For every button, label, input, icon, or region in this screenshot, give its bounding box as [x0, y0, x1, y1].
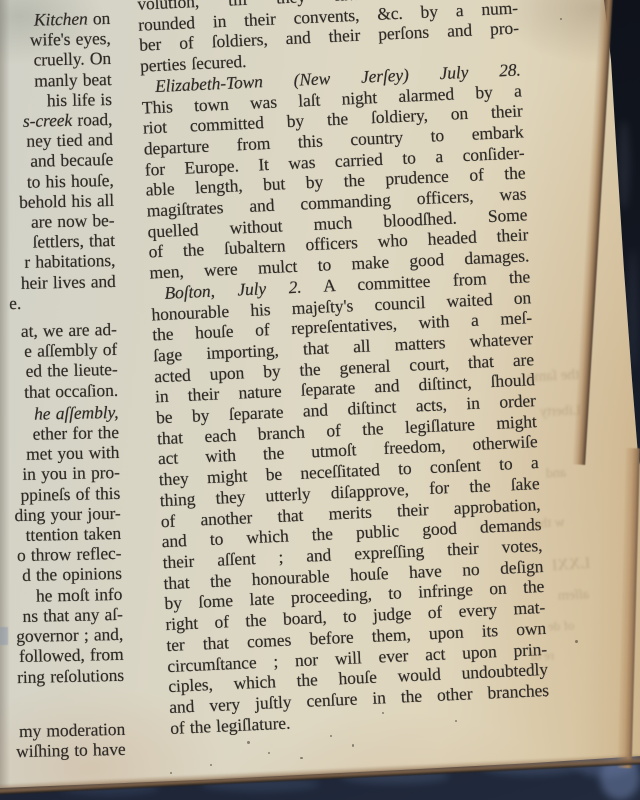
text-line: that occaſion. — [0, 380, 118, 403]
paper-stain — [247, 741, 250, 744]
text-line: followed, from — [0, 644, 124, 667]
text-line: cruelly. On — [0, 48, 111, 71]
paper-stain — [268, 752, 270, 754]
newspaper-column-left: Kitchen onwife's eyes,cruelly. Onmanly b… — [0, 8, 126, 762]
bleed-fragment: Liberty — [540, 403, 582, 420]
background-texture-patch — [600, 755, 640, 800]
photo-of-newspaper-page: Kitchen onwife's eyes,cruelly. Onmanly b… — [0, 0, 640, 800]
background-texture-patch — [618, 120, 630, 210]
bleed-fragment: of de — [548, 618, 575, 635]
paper-stain — [352, 744, 354, 747]
dateline-text: Kitchen — [34, 8, 88, 29]
paper-stain — [382, 712, 384, 714]
newspaper-page: Kitchen onwife's eyes,cruelly. Onmanly b… — [0, 0, 640, 800]
paper-stain — [0, 627, 8, 645]
text-line: wiſhing to have — [0, 739, 126, 762]
paper-stain — [415, 700, 418, 702]
paper-stain — [455, 720, 457, 722]
paper-stain — [575, 640, 578, 643]
paper-stain — [505, 690, 507, 692]
paper-stain — [560, 18, 562, 20]
bleed-fragment: LXXI — [551, 555, 590, 576]
paper-stain — [300, 757, 303, 759]
text-line: heir lives and — [0, 271, 116, 294]
bleed-fragment: the ſame — [528, 367, 580, 387]
paper-stain — [170, 772, 172, 774]
text-line: e. — [0, 291, 116, 314]
dateline-text: s-creek — [23, 110, 73, 131]
paper-stain — [330, 735, 332, 737]
newspaper-column-right: volution, till they ſaw themſelves ſur-r… — [137, 0, 550, 738]
bleed-fragment: and — [546, 465, 567, 482]
text-line: ring reſolutions — [0, 664, 124, 687]
bleed-fragment: aſſem — [558, 587, 590, 605]
paper-stain — [545, 695, 547, 697]
paper-stain — [210, 764, 212, 766]
